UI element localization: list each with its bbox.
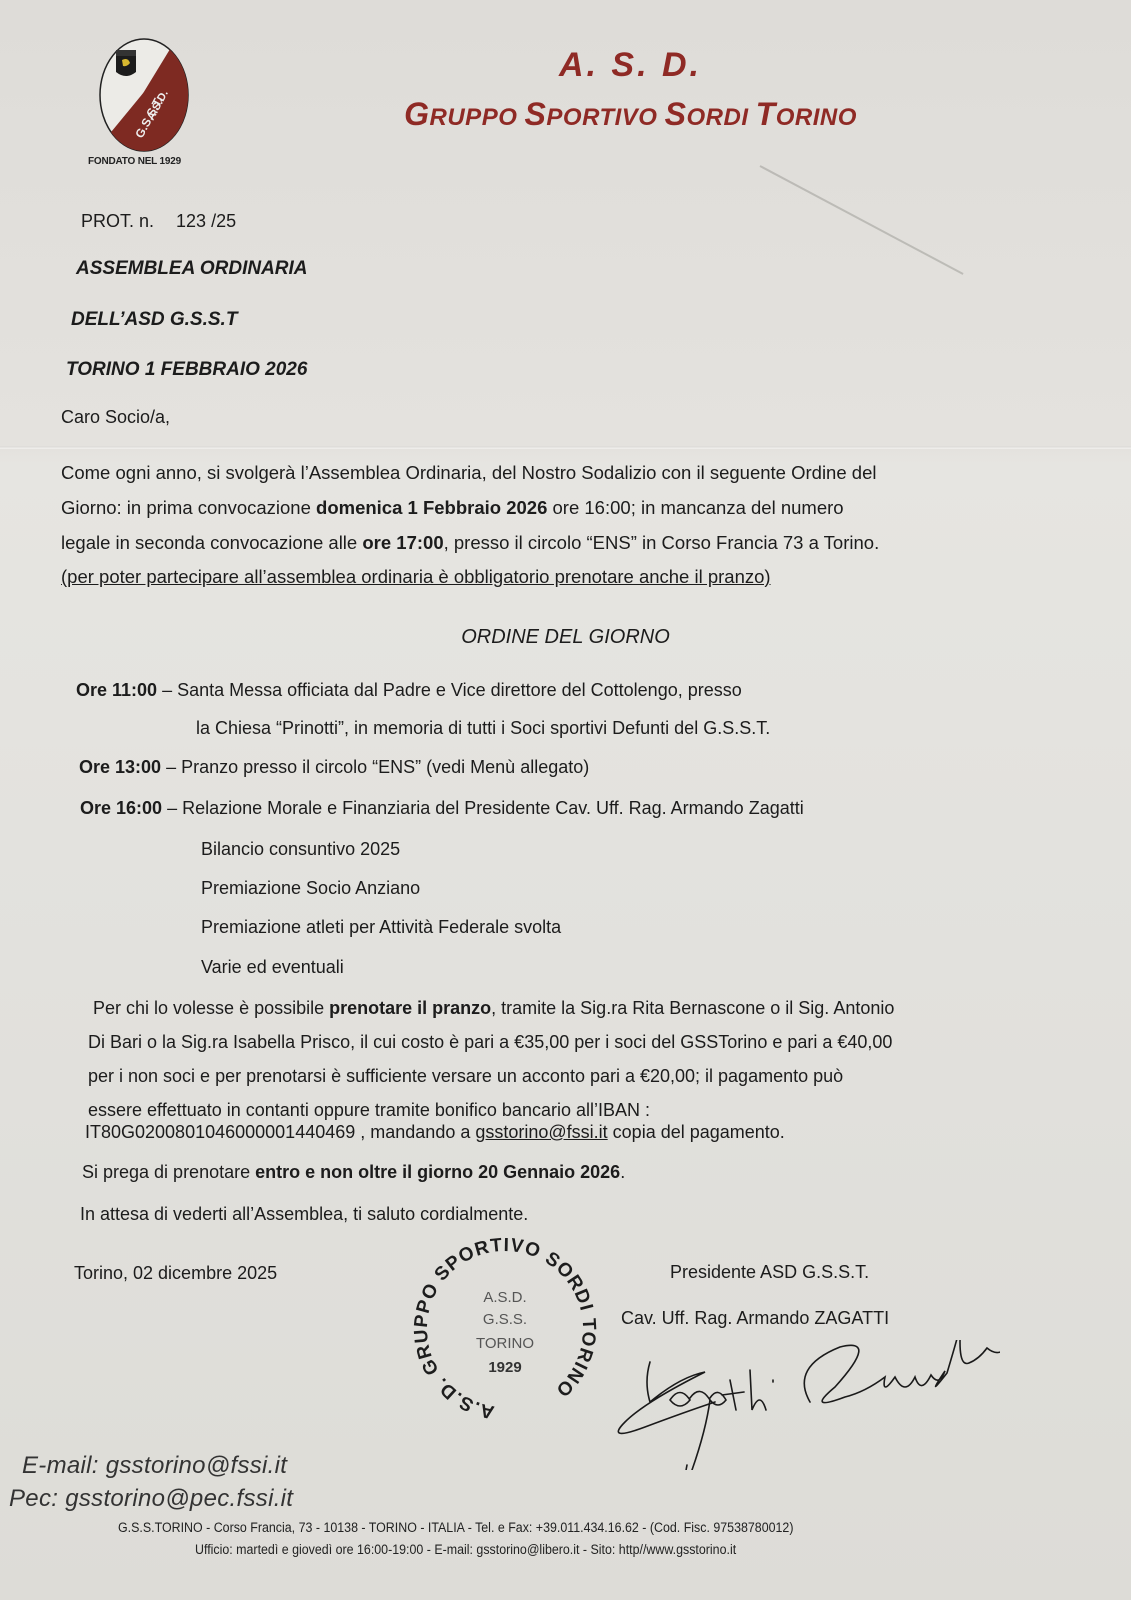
svg-text:1929: 1929 <box>488 1359 521 1376</box>
booking-line-2: Di Bari o la Sig.ra Isabella Prisco, il … <box>88 1032 892 1053</box>
salutation: Caro Socio/a, <box>61 407 170 428</box>
letter-page: A.S.D. G.S.S.T. FONDATO NEL 1929 A. S. D… <box>0 0 1131 1600</box>
agenda-sub-item: Bilancio consuntivo 2025 <box>201 839 400 860</box>
agenda-sub-item: Premiazione atleti per Attività Federale… <box>201 917 561 938</box>
booking-line-1: Per chi lo volesse è possibile prenotare… <box>93 998 894 1019</box>
heading-line-3: TORINO 1 FEBBRAIO 2026 <box>66 359 307 381</box>
agenda-item-continuation: la Chiesa “Prinotti”, in memoria di tutt… <box>196 718 770 739</box>
svg-text:TORINO: TORINO <box>476 1335 534 1352</box>
org-name: GRUPPO SPORTIVO SORDI TORINO <box>0 96 1131 133</box>
org-name-word: TORINO <box>756 104 857 131</box>
handwritten-signature-icon <box>610 1340 1000 1470</box>
heading-line-2: DELL’ASD G.S.S.T <box>71 309 237 331</box>
place-date: Torino, 02 dicembre 2025 <box>74 1263 277 1284</box>
agenda-sub-item: Premiazione Socio Anziano <box>201 878 420 899</box>
org-name-word: SPORTIVO <box>525 104 658 131</box>
org-name-word: SORDI <box>665 104 749 131</box>
intro-line-2: Giorno: in prima convocazione domenica 1… <box>61 497 844 519</box>
intro-line-1: Come ogni anno, si svolgerà l’Assemblea … <box>61 462 876 484</box>
iban-line: IT80G0200801046000001440469 , mandando a… <box>85 1122 785 1143</box>
protocol-value: 123 /25 <box>176 211 236 231</box>
deadline-line: Si prega di prenotare entro e non oltre … <box>82 1162 625 1183</box>
founded-label: FONDATO NEL 1929 <box>88 156 181 167</box>
agenda-item: Ore 11:00 – Santa Messa officiata dal Pa… <box>76 680 742 701</box>
signatory-title: Presidente ASD G.S.S.T. <box>670 1262 869 1283</box>
booking-line-3: per i non soci e per prenotarsi è suffic… <box>88 1066 843 1087</box>
contact-pec: Pec: gsstorino@pec.fssi.it <box>9 1485 293 1513</box>
footer-address: G.S.S.TORINO - Corso Francia, 73 - 10138… <box>118 1520 793 1535</box>
footer-office-hours: Ufficio: martedì e giovedì ore 16:00-19:… <box>195 1542 736 1557</box>
svg-text:A.S.D. GRUPPO SPORTIVO SORDI T: A.S.D. GRUPPO SPORTIVO SORDI TORINO <box>411 1235 600 1422</box>
org-abbreviation: A. S. D. <box>0 46 1131 85</box>
intro-line-3: legale in seconda convocazione alle ore … <box>61 532 879 554</box>
intro-note: (per poter partecipare all’assemblea ord… <box>61 566 771 588</box>
svg-text:G.S.S.: G.S.S. <box>483 1311 527 1328</box>
agenda-item: Ore 16:00 – Relazione Morale e Finanziar… <box>80 798 804 819</box>
svg-text:A.S.D.: A.S.D. <box>483 1289 526 1306</box>
agenda-title: ORDINE DEL GIORNO <box>0 626 1131 649</box>
agenda-item: Ore 13:00 – Pranzo presso il circolo “EN… <box>79 757 589 778</box>
signatory-name: Cav. Uff. Rag. Armando ZAGATTI <box>621 1308 889 1329</box>
payment-email-link[interactable]: gsstorino@fssi.it <box>475 1122 607 1142</box>
protocol-label: PROT. n. <box>81 211 154 231</box>
paper-fold <box>0 446 1131 449</box>
heading-line-1: ASSEMBLEA ORDINARIA <box>76 258 308 280</box>
contact-email: E-mail: gsstorino@fssi.it <box>22 1452 287 1480</box>
booking-line-4: essere effettuato in contanti oppure tra… <box>88 1100 650 1121</box>
paper-crease <box>760 165 964 275</box>
round-stamp-icon: A.S.D. GRUPPO SPORTIVO SORDI TORINO A.S.… <box>410 1232 600 1432</box>
closing-line: In attesa di vederti all’Assemblea, ti s… <box>80 1204 528 1225</box>
iban-code: IT80G0200801046000001440469 <box>85 1122 355 1142</box>
agenda-sub-item: Varie ed eventuali <box>201 957 344 978</box>
org-name-word: GRUPPO <box>404 104 517 131</box>
protocol-number: PROT. n.123 /25 <box>81 211 236 232</box>
